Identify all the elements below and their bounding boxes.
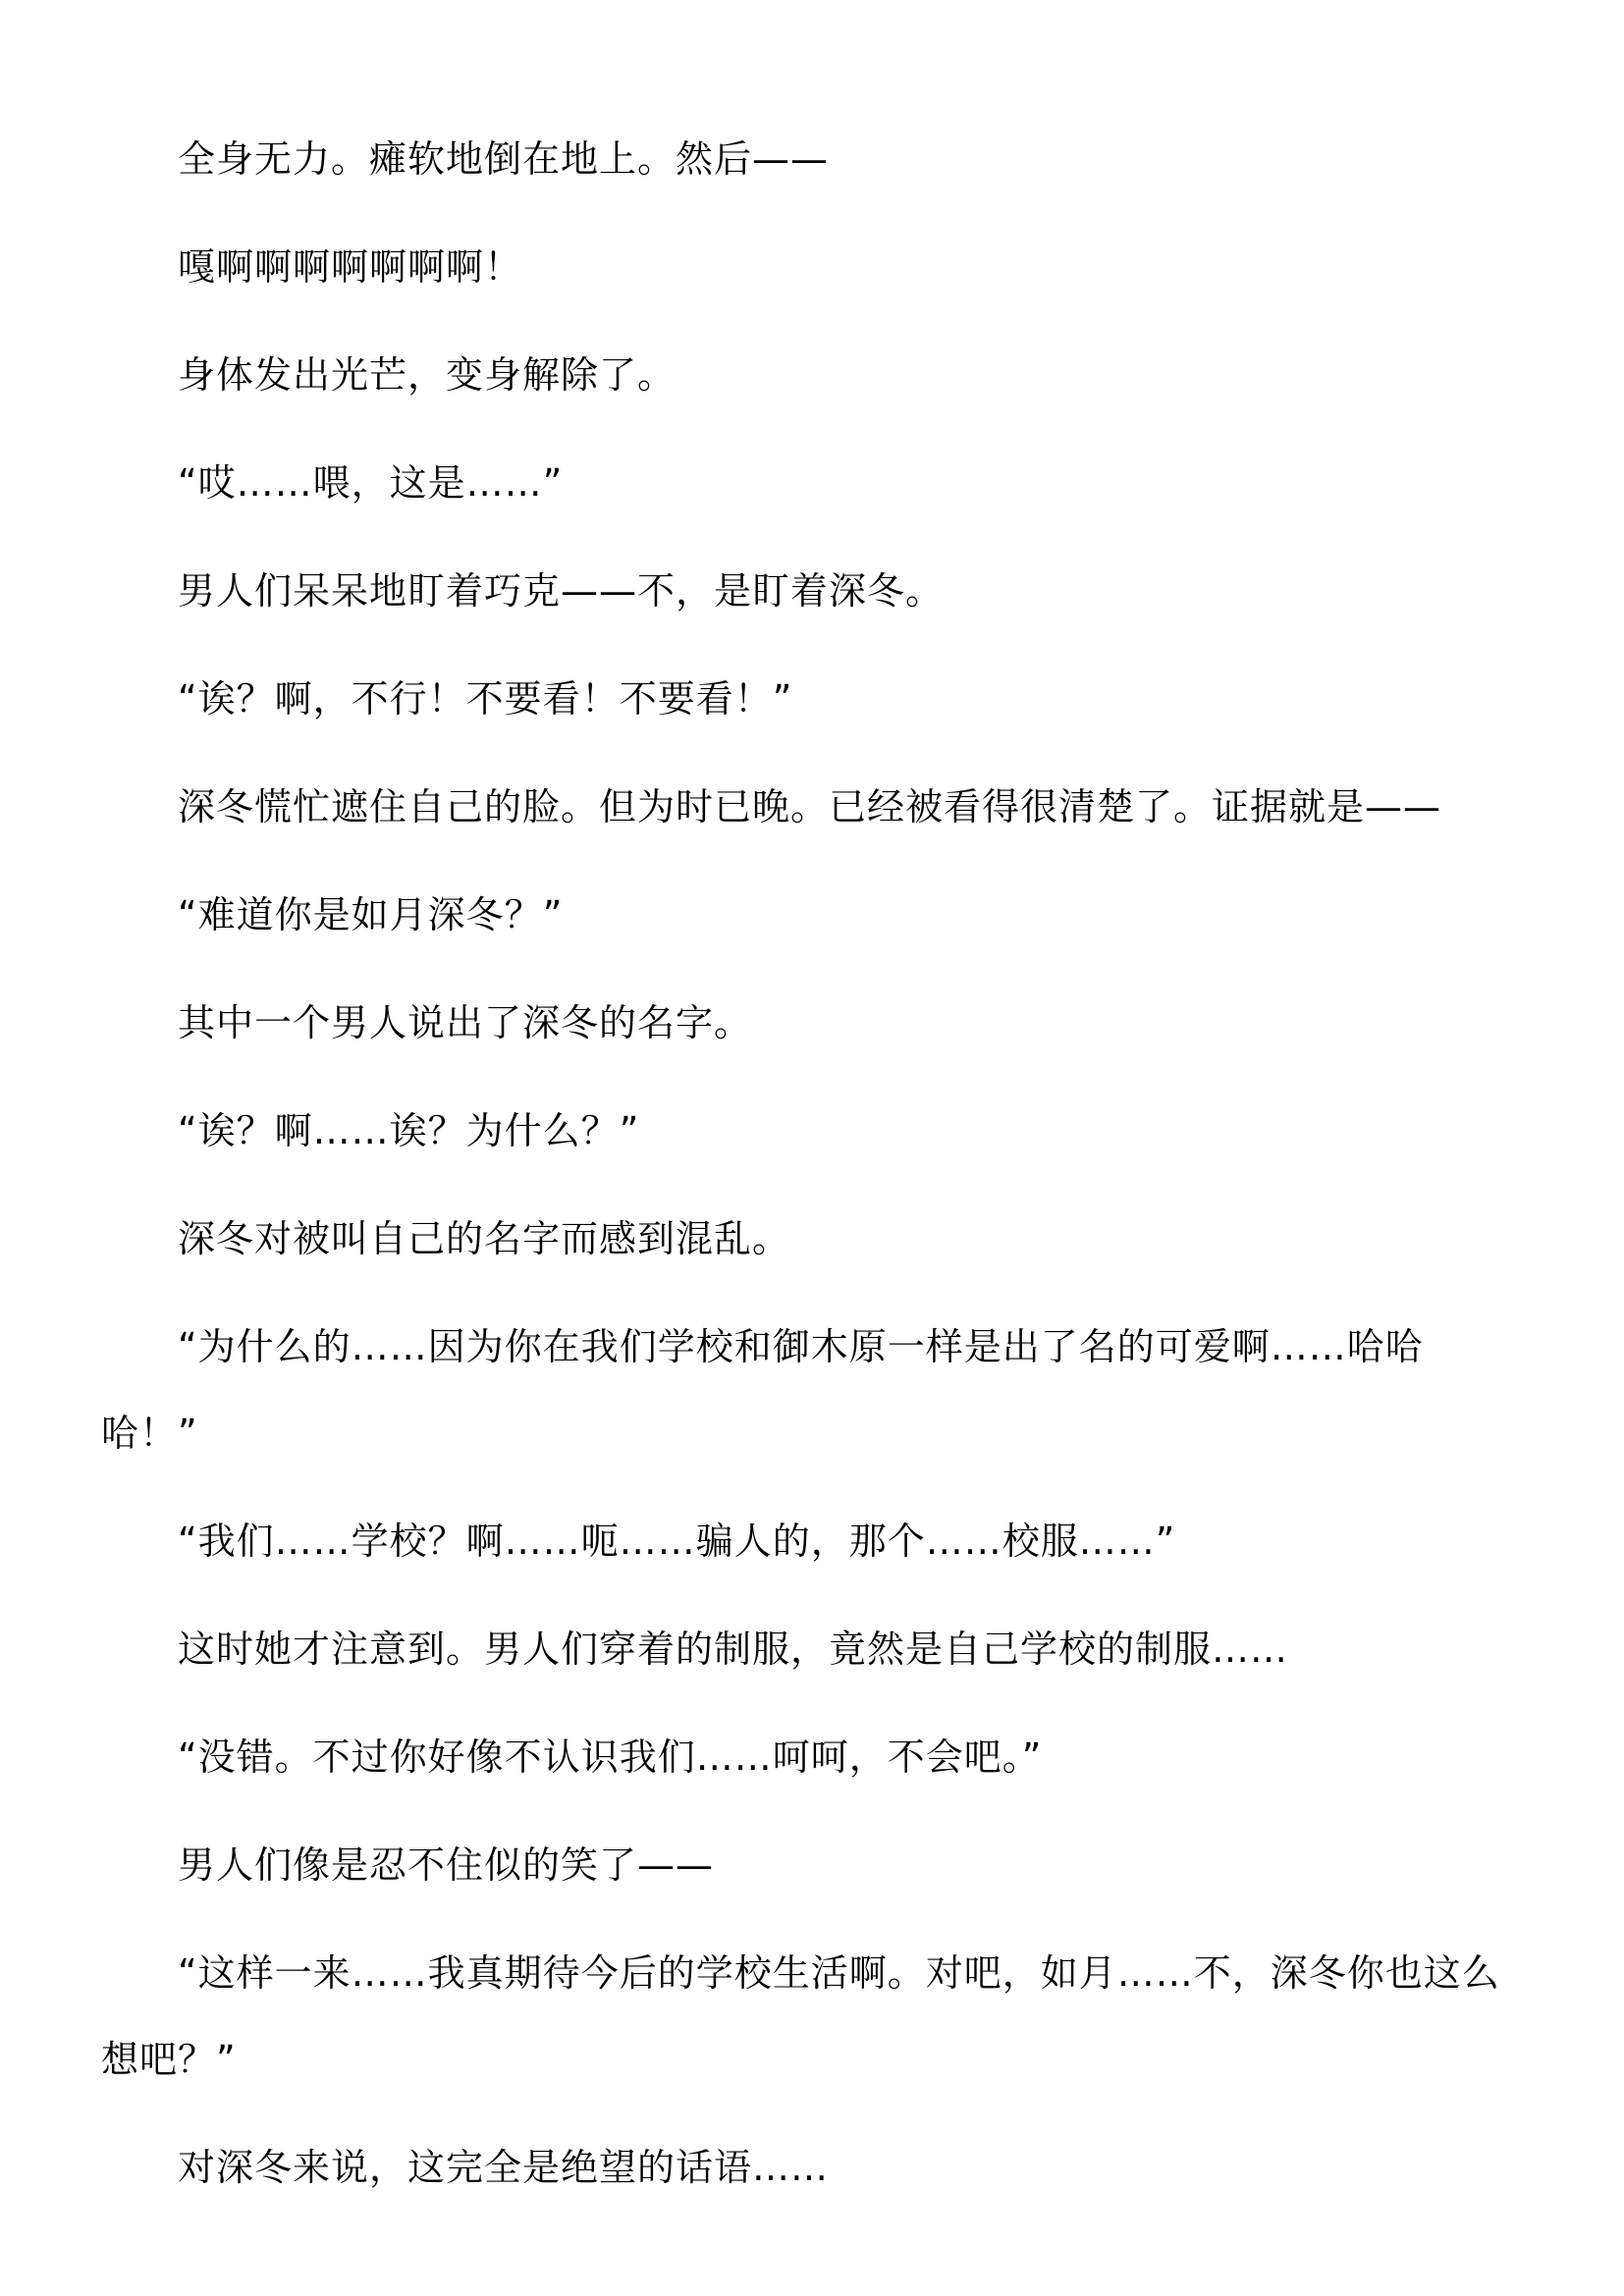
paragraph: “没错。不过你好像不认识我们……呵呵，不会吧。” — [101, 1714, 1505, 1800]
paragraph: “哎……喂，这是……” — [101, 440, 1505, 526]
paragraph: 全身无力。瘫软地倒在地上。然后—— — [101, 116, 1505, 202]
paragraph: 男人们呆呆地盯着巧克——不，是盯着深冬。 — [101, 548, 1505, 634]
document-page: 全身无力。瘫软地倒在地上。然后—— 嘎啊啊啊啊啊啊啊！ 身体发出光芒，变身解除了… — [101, 116, 1505, 2232]
paragraph: 男人们像是忍不住似的笑了—— — [101, 1822, 1505, 1908]
paragraph: “诶？啊……诶？为什么？” — [101, 1088, 1505, 1174]
paragraph: 身体发出光芒，变身解除了。 — [101, 332, 1505, 418]
paragraph: “我们……学校？啊……呃……骗人的，那个……校服……” — [101, 1498, 1505, 1584]
paragraph: 对深冬来说，这完全是绝望的话语…… — [101, 2124, 1505, 2211]
paragraph: 深冬慌忙遮住自己的脸。但为时已晚。已经被看得很清楚了。证据就是—— — [101, 764, 1505, 850]
paragraph: “这样一来……我真期待今后的学校生活啊。对吧，如月……不，深冬你也这么想吧？” — [101, 1930, 1505, 2103]
paragraph: 这时她才注意到。男人们穿着的制服，竟然是自己学校的制服…… — [101, 1606, 1505, 1692]
paragraph: “难道你是如月深冬？” — [101, 872, 1505, 958]
paragraph: 其中一个男人说出了深冬的名字。 — [101, 980, 1505, 1066]
paragraph: “为什么的……因为你在我们学校和御木原一样是出了名的可爱啊……哈哈哈！” — [101, 1304, 1505, 1476]
paragraph: “诶？啊，不行！不要看！不要看！” — [101, 656, 1505, 742]
paragraph: 深冬对被叫自己的名字而感到混乱。 — [101, 1196, 1505, 1282]
paragraph: 嘎啊啊啊啊啊啊啊！ — [101, 224, 1505, 310]
